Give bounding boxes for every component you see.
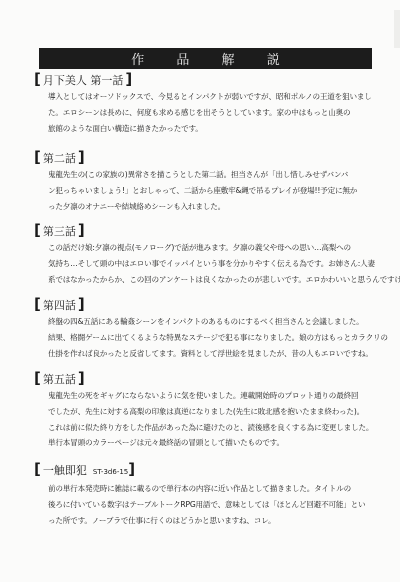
section-body: この話だけ娘:夕凛の視点(モノローグ)で話が進みます。夕凛の義父や母への思い…高…: [48, 240, 379, 287]
text-line: 仕掛を作れば良かったと反省してます。資料として浮世絵を見ましたが、昔の人もエロい…: [48, 346, 379, 362]
section-heading: [ 第五話 ]: [34, 371, 379, 388]
open-bracket-icon: [: [34, 371, 41, 386]
text-line: 系ではなかったからか、この回のアンケートは良くなかったのが悲しいです。エロかわい…: [48, 272, 379, 288]
text-line: これは前に似た終り方をした作品があった為に避けたのと、読後感を良くする為に変更し…: [48, 420, 379, 436]
page-title: 作 品 解 説: [117, 49, 293, 68]
text-line: 旅館のような面白い構造に描きたかったです。: [48, 121, 379, 137]
open-bracket-icon: [: [34, 223, 41, 238]
close-bracket-icon: ]: [78, 297, 85, 312]
section-title: 一触即犯: [43, 462, 87, 479]
section-title: 第二話: [43, 150, 76, 167]
section-heading: [ 第四話 ]: [34, 297, 379, 314]
open-bracket-icon: [: [34, 297, 41, 312]
text-line: 前の単行本発売時に雑誌に載るので単行本の内容に近い作品として描きました。タイトル…: [48, 481, 379, 497]
section-body: 導入としてはオーソドックスで、今見るとインパクトが弱いですが、昭和ポルノの王道を…: [48, 89, 379, 136]
text-line: 導入としてはオーソドックスで、今見るとインパクトが弱いですが、昭和ポルノの王道を…: [48, 89, 379, 105]
section-title: 第四話: [43, 297, 76, 314]
section-body: 鬼龍先生の(この家族の)異常さを描こうとした第二話。担当さんが「出し惜しみせずバ…: [48, 167, 379, 214]
close-bracket-icon: ]: [78, 150, 85, 165]
scan-edge-mark: [394, 10, 400, 48]
section-episode-5: [ 第五話 ] 鬼龍先生の死をギャグにならないように気を使いました。連載開始時の…: [34, 371, 379, 451]
text-line: 単行本冒頭のカラーページは元々最終話の冒頭として描いたものです。: [48, 435, 379, 451]
text-line: 気持ち…そして頭の中はエロい事でイッパイという事を分かりやすく伝える為です。お姉…: [48, 256, 379, 272]
close-bracket-icon: ]: [78, 371, 85, 386]
afterword-page: 作 品 解 説 [ 月下美人 第一話 ] 導入としてはオーソドックスで、今見ると…: [0, 0, 400, 582]
section-heading: [ 第三話 ]: [34, 223, 379, 240]
section-body: 終盤の四&五話にある輪姦シーンをインパクトのあるものにするべく担当さんと会議しま…: [48, 314, 379, 361]
text-line: 終盤の四&五話にある輪姦シーンをインパクトのあるものにするべく担当さんと会議しま…: [48, 314, 379, 330]
text-line: 鬼龍先生の死をギャグにならないように気を使いました。連載開始時のプロット通りの最…: [48, 388, 379, 404]
close-bracket-icon: ]: [128, 462, 135, 477]
open-bracket-icon: [: [34, 462, 41, 477]
text-line: 後ろに付いている数字はテーブルトークRPG用語で、意味としては「ほとんど回避不可…: [48, 497, 379, 513]
section-title: 第五話: [43, 371, 76, 388]
section-body: 鬼龍先生の死をギャグにならないように気を使いました。連載開始時のプロット通りの最…: [48, 388, 379, 451]
text-line: 結果、格闘ゲームに出てくるような特異なステージで犯る事になりました。娘の方はもっ…: [48, 330, 379, 346]
close-bracket-icon: ]: [125, 72, 132, 87]
section-episode-3: [ 第三話 ] この話だけ娘:夕凛の視点(モノローグ)で話が進みます。夕凛の義父…: [34, 223, 379, 287]
text-line: った所です。ノーブラで仕事に行くのはどうかと思いますね、コレ。: [48, 513, 379, 529]
open-bracket-icon: [: [34, 72, 41, 87]
section-episode-1: [ 月下美人 第一話 ] 導入としてはオーソドックスで、今見るとインパクトが弱い…: [34, 72, 379, 136]
text-line: ン犯っちゃいましょう!」とおしゃって、二話から座敷牢&縄で吊るプレイが登場!!予…: [48, 183, 379, 199]
section-body: 前の単行本発売時に雑誌に載るので単行本の内容に近い作品として描きました。タイトル…: [48, 481, 379, 528]
section-heading: [ 月下美人 第一話 ]: [34, 72, 379, 89]
text-line: この話だけ娘:夕凛の視点(モノローグ)で話が進みます。夕凛の義父や母への思い…高…: [48, 240, 379, 256]
section-title: 月下美人 第一話: [43, 72, 124, 89]
section-subnote: ST-3d6-15: [93, 464, 128, 481]
text-line: 鬼龍先生の(この家族の)異常さを描こうとした第二話。担当さんが「出し惜しみせずバ…: [48, 167, 379, 183]
close-bracket-icon: ]: [78, 223, 85, 238]
text-line: でしたが、先生に対する高梨の印象は真逆になりました(先生に敗北感を抱いたまま終わ…: [48, 404, 379, 420]
text-line: た。エロシーンは長めに、何度も求める感じを出そうとしています。家の中はもっと山奥…: [48, 105, 379, 121]
section-heading: [ 第二話 ]: [34, 150, 379, 167]
section-title: 第三話: [43, 223, 76, 240]
title-banner: 作 品 解 説: [39, 48, 372, 69]
section-episode-2: [ 第二話 ] 鬼龍先生の(この家族の)異常さを描こうとした第二話。担当さんが「…: [34, 150, 379, 214]
open-bracket-icon: [: [34, 150, 41, 165]
section-episode-4: [ 第四話 ] 終盤の四&五話にある輪姦シーンをインパクトのあるものにするべく担…: [34, 297, 379, 361]
text-line: った夕凛のオナニーや結城絡めシーンも入れました。: [48, 199, 379, 215]
section-isshoku-sokuhan: [ 一触即犯 ST-3d6-15 ] 前の単行本発売時に雑誌に載るので単行本の内…: [34, 462, 379, 528]
section-heading: [ 一触即犯 ST-3d6-15 ]: [34, 462, 379, 481]
